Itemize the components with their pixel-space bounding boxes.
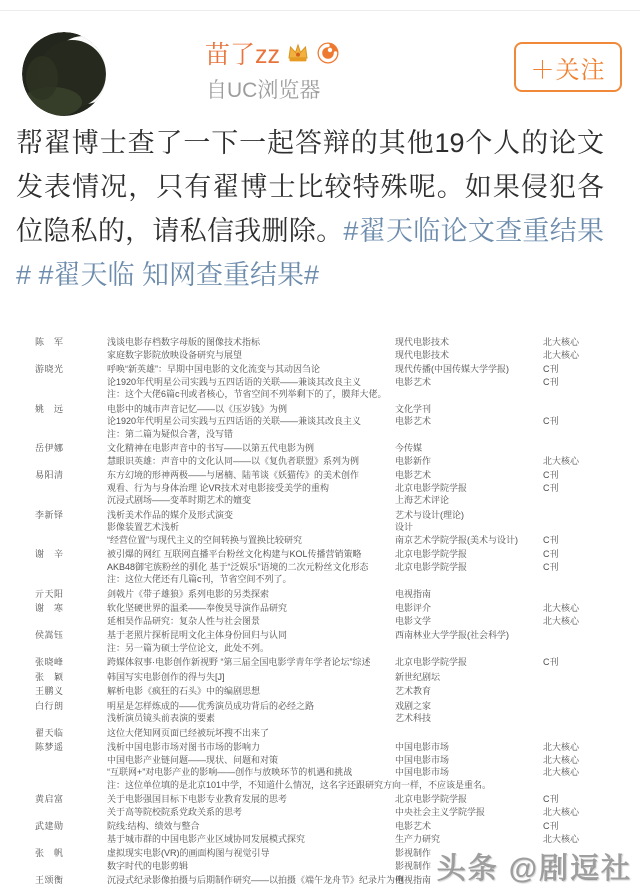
cell-name: 张 颖 bbox=[35, 671, 107, 684]
table-note-row: 注：这位单位填的是北京101中学，不知道什么情况，这名字还跟研究方向一样，不应该… bbox=[35, 779, 631, 792]
vip-badge-icon bbox=[316, 41, 340, 65]
cell-note: 注：这位单位填的是北京101中学，不知道什么情况，这名字还跟研究方向一样，不应该… bbox=[107, 779, 491, 792]
table-row: 李新铎浅析美术作品的媒介及形式演变艺术与设计(理论) bbox=[35, 509, 631, 522]
cell-title: “经营位置”与现代主义的空间转换与置换比较研究 bbox=[107, 534, 395, 547]
table-row: 张 颖韩国写实电影创作的得与失[J]新世纪剧坛 bbox=[35, 671, 631, 684]
crown-icon bbox=[286, 41, 310, 65]
cell-name: 张晓峰 bbox=[35, 656, 107, 669]
table-row: 慧眼识英雄：声音中的文化认同——以《复仇者联盟》系列为例电影新作北大核心 bbox=[35, 455, 631, 468]
cell-title: 论1920年代明星公司实践与五四话语的关联——兼谈其改良主义 bbox=[107, 376, 395, 389]
cell-title: 慧眼识英雄：声音中的文化认同——以《复仇者联盟》系列为例 bbox=[107, 455, 395, 468]
cell-core: 北大核心 bbox=[543, 766, 579, 779]
cell-title: AKB48御宅族粉丝的驯化 基于“泛娱乐”语境的二次元粉丝文化形态 bbox=[107, 561, 395, 574]
cell-journal: 电视指南 bbox=[395, 588, 543, 601]
cell-title: 中国电影产业链问题——现状、问题和对策 bbox=[107, 754, 395, 767]
cell-core: C刊 bbox=[543, 793, 559, 806]
table-note-row: 注：这位大佬还有几篇c刊，节省空间不列了。 bbox=[35, 573, 631, 586]
cell-title: 呼唤“新英雄”：早期中国电影的文化流变与其动因刍论 bbox=[107, 363, 395, 376]
cell-name: 岳伊娜 bbox=[35, 442, 107, 455]
weibo-post-screenshot: 苗了zz 自UC浏览器 ＋关注 帮翟博士查了一下一起答辩的其他19个人的论文发表… bbox=[0, 0, 640, 894]
table-row: 武建勋院线:结构、绩效与整合电影艺术C刊 bbox=[35, 820, 631, 833]
table-row: 黄启富关于电影强国目标下电影专业教育发展的思考北京电影学院学报C刊 bbox=[35, 793, 631, 806]
cell-journal: 现代电影技术 bbox=[395, 336, 543, 349]
cell-title: “互联网+”对电影产业的影响——创作与放映环节的机遇和挑战 bbox=[107, 766, 395, 779]
cell-title: 虚拟现实电影(VR)的画面构图与视觉引导 bbox=[107, 847, 395, 860]
cell-journal: 电影新作 bbox=[395, 455, 543, 468]
cell-name: 翟天临 bbox=[35, 727, 107, 740]
cell-name: 谢 寒 bbox=[35, 602, 107, 615]
table-row: 浅析演员镜头前表演的要素艺术科技 bbox=[35, 712, 631, 725]
cell-journal: 现代电影技术 bbox=[395, 349, 543, 362]
cell-name: 姚 远 bbox=[35, 403, 107, 416]
cell-journal: 今传媒 bbox=[395, 442, 543, 455]
cell-name: 游晓光 bbox=[35, 363, 107, 376]
cell-journal: 文化学刊 bbox=[395, 403, 543, 416]
username[interactable]: 苗了zz bbox=[205, 35, 280, 71]
cell-journal: 中央社会主义学院学报 bbox=[395, 806, 543, 819]
avatar[interactable] bbox=[22, 32, 106, 116]
table-row: 陈 军浅谈电影存档数字母版的图像技术指标现代电影技术北大核心 bbox=[35, 336, 631, 349]
table-row: 延相昊作品研究：复杂人性与社会图景电影文学北大核心 bbox=[35, 615, 631, 628]
cell-title: 沉浸式剧场——变革时期艺术的嬗变 bbox=[107, 494, 395, 507]
cell-core: C刊 bbox=[543, 656, 559, 669]
cell-journal: 北京电影学院学报 bbox=[395, 656, 543, 669]
table-row: 中国电影产业链问题——现状、问题和对策中国电影市场北大核心 bbox=[35, 754, 631, 767]
post-source: 自UC浏览器 bbox=[206, 74, 320, 104]
cell-title: 解析电影《疯狂的石头》中的编剧思想 bbox=[107, 685, 395, 698]
cell-title: 观看、行为与身体治理 论VR技术对电影接受美学的重构 bbox=[107, 482, 395, 495]
cell-core: 北大核心 bbox=[543, 806, 579, 819]
cell-title: 韩国写实电影创作的得与失[J] bbox=[107, 671, 395, 684]
cell-journal: 电影艺术 bbox=[395, 376, 543, 389]
table-row: 易阳清东方幻境的形神两极——与屠楠、陆苇谈《妖猫传》的美术创作电影艺术C刊 bbox=[35, 469, 631, 482]
thesis-table-image[interactable]: 陈 军浅谈电影存档数字母版的图像技术指标现代电影技术北大核心家庭数字影院放映设备… bbox=[35, 336, 631, 887]
cell-name: 李新铎 bbox=[35, 509, 107, 522]
cell-title: 延相昊作品研究：复杂人性与社会图景 bbox=[107, 615, 395, 628]
cell-title: 这位大佬知网页面已经被玩坏搜不出来了 bbox=[107, 727, 395, 740]
avatar-image bbox=[22, 32, 106, 116]
table-row: 沉浸式剧场——变革时期艺术的嬗变上海艺术评论 bbox=[35, 494, 631, 507]
cell-title: 东方幻境的形神两极——与屠楠、陆苇谈《妖猫传》的美术创作 bbox=[107, 469, 395, 482]
cell-name: 白行朗 bbox=[35, 700, 107, 713]
cell-core: C刊 bbox=[543, 469, 559, 482]
cell-title: 浅析美术作品的媒介及形式演变 bbox=[107, 509, 395, 522]
cell-title: 浅谈电影存档数字母版的图像技术指标 bbox=[107, 336, 395, 349]
table-row: “经营位置”与现代主义的空间转换与置换比较研究南京艺术学院学报(美术与设计)C刊 bbox=[35, 534, 631, 547]
table-row: 家庭数字影院放映设备研究与展望现代电影技术北大核心 bbox=[35, 349, 631, 362]
table-row: 论1920年代明星公司实践与五四话语的关联——兼谈其改良主义电影艺术C刊 bbox=[35, 415, 631, 428]
cell-journal: 北京电影学院学报 bbox=[395, 548, 543, 561]
cell-title: 剑戟片《带子雄狼》系列电影的另类探索 bbox=[107, 588, 395, 601]
table-row: 翟天临这位大佬知网页面已经被玩坏搜不出来了 bbox=[35, 727, 631, 740]
cell-note: 注：另一篇为硕士学位论文，此处不列。 bbox=[107, 642, 269, 655]
table-row: 张晓峰跨媒体叙事·电影创作新视野 “第三届全国电影学青年学者论坛”综述北京电影学… bbox=[35, 656, 631, 669]
cell-core: 北大核心 bbox=[543, 602, 579, 615]
cell-name: 亓天阳 bbox=[35, 588, 107, 601]
cell-name: 易阳清 bbox=[35, 469, 107, 482]
cell-journal: 设计 bbox=[395, 521, 543, 534]
table-row: 论1920年代明星公司实践与五四话语的关联——兼谈其改良主义电影艺术C刊 bbox=[35, 376, 631, 389]
table-row: 亓天阳剑戟片《带子雄狼》系列电影的另类探索电视指南 bbox=[35, 588, 631, 601]
cell-core: 北大核心 bbox=[543, 833, 579, 846]
post-text: 帮翟博士查了一下一起答辩的其他19个人的论文发表情况，只有翟博士比较特殊呢。如果… bbox=[16, 121, 604, 297]
hashtag-link[interactable]: #翟天临 知网查重结果# bbox=[39, 260, 320, 290]
table-row: 白行朗明星是怎样炼成的——优秀演员成功背后的必经之路戏剧之家 bbox=[35, 700, 631, 713]
cell-journal: 艺术教育 bbox=[395, 685, 543, 698]
table-row: AKB48御宅族粉丝的驯化 基于“泛娱乐”语境的二次元粉丝文化形态北京电影学院学… bbox=[35, 561, 631, 574]
table-row: “互联网+”对电影产业的影响——创作与放映环节的机遇和挑战中国电影市场北大核心 bbox=[35, 766, 631, 779]
cell-name: 黄启富 bbox=[35, 793, 107, 806]
cell-title: 基于城市群的中国电影产业区域协同发展模式探究 bbox=[107, 833, 395, 846]
cell-title: 家庭数字影院放映设备研究与展望 bbox=[107, 349, 395, 362]
cell-journal: 电影艺术 bbox=[395, 469, 543, 482]
cell-core: C刊 bbox=[543, 548, 559, 561]
top-divider bbox=[0, 10, 640, 11]
cell-title: 关于电影强国目标下电影专业教育发展的思考 bbox=[107, 793, 395, 806]
cell-journal: 现代传播(中国传媒大学学报) bbox=[395, 363, 543, 376]
cell-core: 北大核心 bbox=[543, 754, 579, 767]
cell-core: C刊 bbox=[543, 534, 559, 547]
cell-title: 院线:结构、绩效与整合 bbox=[107, 820, 395, 833]
cell-name: 谢 辛 bbox=[35, 548, 107, 561]
cell-title: 关于高等院校院系党政关系的思考 bbox=[107, 806, 395, 819]
cell-journal: 生产力研究 bbox=[395, 833, 543, 846]
cell-title: 电影中的城市声音记忆——以《压岁钱》为例 bbox=[107, 403, 395, 416]
cell-title: 浅析中国电影市场对图书市场的影响力 bbox=[107, 741, 395, 754]
cell-journal: 中国电影市场 bbox=[395, 741, 543, 754]
table-row: 游晓光呼唤“新英雄”：早期中国电影的文化流变与其动因刍论现代传播(中国传媒大学学… bbox=[35, 363, 631, 376]
table-row: 侯嵩钰基于老照片探析昆明文化主体身份回归与认同西南林业大学学报(社会科学) bbox=[35, 629, 631, 642]
table-row: 关于高等院校院系党政关系的思考中央社会主义学院学报北大核心 bbox=[35, 806, 631, 819]
cell-title: 文化精神在电影声音中的书写——以第五代电影为例 bbox=[107, 442, 395, 455]
cell-journal: 西南林业大学学报(社会科学) bbox=[395, 629, 543, 642]
cell-name: 张 帆 bbox=[35, 847, 107, 860]
cell-core: 北大核心 bbox=[543, 741, 579, 754]
cell-core: C刊 bbox=[543, 376, 559, 389]
cell-core: 北大核心 bbox=[543, 455, 579, 468]
cell-journal: 北京电影学院学报 bbox=[395, 793, 543, 806]
cell-title: 基于老照片探析昆明文化主体身份回归与认同 bbox=[107, 629, 395, 642]
cell-title: 被引爆的网红 互联网直播平台粉丝文化构建与KOL传播营销策略 bbox=[107, 548, 395, 561]
cell-core: 北大核心 bbox=[543, 615, 579, 628]
cell-name: 王鹏义 bbox=[35, 685, 107, 698]
table-note-row: 注：这个大佬6篇c刊或者核心，节省空间不列举剩下的了，膜拜大佬。 bbox=[35, 388, 631, 401]
cell-journal: 电影文学 bbox=[395, 615, 543, 628]
table-row: 陈梦遥浅析中国电影市场对图书市场的影响力中国电影市场北大核心 bbox=[35, 741, 631, 754]
cell-journal: 中国电影市场 bbox=[395, 766, 543, 779]
cell-title: 影像装置艺术浅析 bbox=[107, 521, 395, 534]
table-row: 观看、行为与身体治理 论VR技术对电影接受美学的重构北京电影学院学报C刊 bbox=[35, 482, 631, 495]
cell-title: 浅析演员镜头前表演的要素 bbox=[107, 712, 395, 725]
cell-core: C刊 bbox=[543, 820, 559, 833]
cell-journal: 艺术与设计(理论) bbox=[395, 509, 543, 522]
cell-name: 陈 军 bbox=[35, 336, 107, 349]
cell-title: 论1920年代明星公司实践与五四话语的关联——兼谈其改良主义 bbox=[107, 415, 395, 428]
cell-title: 明星是怎样炼成的——优秀演员成功背后的必经之路 bbox=[107, 700, 395, 713]
cell-core: C刊 bbox=[543, 415, 559, 428]
cell-name: 陈梦遥 bbox=[35, 741, 107, 754]
cell-core: C刊 bbox=[543, 561, 559, 574]
cell-name: 王颂衡 bbox=[35, 874, 107, 887]
cell-note: 注：第二篇为疑似合著，没写错 bbox=[107, 428, 233, 441]
cell-name: 侯嵩钰 bbox=[35, 629, 107, 642]
cell-journal: 电影评介 bbox=[395, 602, 543, 615]
cell-journal: 戏剧之家 bbox=[395, 700, 543, 713]
cell-title: 数字时代的电影剪辑 bbox=[107, 860, 395, 873]
cell-note: 注：这位大佬还有几篇c刊，节省空间不列了。 bbox=[107, 573, 292, 586]
table-row: 王鹏义解析电影《疯狂的石头》中的编剧思想艺术教育 bbox=[35, 685, 631, 698]
cell-core: C刊 bbox=[543, 363, 559, 376]
cell-title: 软化坚硬世界的温柔——奉俊昊导演作品研究 bbox=[107, 602, 395, 615]
cell-journal: 电影艺术 bbox=[395, 415, 543, 428]
cell-name: 武建勋 bbox=[35, 820, 107, 833]
table-note-row: 注：第二篇为疑似合著，没写错 bbox=[35, 428, 631, 441]
table-row: 姚 远电影中的城市声音记忆——以《压岁钱》为例文化学刊 bbox=[35, 403, 631, 416]
cell-journal: 艺术科技 bbox=[395, 712, 543, 725]
cell-core: C刊 bbox=[543, 482, 559, 495]
table-row: 谢 辛被引爆的网红 互联网直播平台粉丝文化构建与KOL传播营销策略北京电影学院学… bbox=[35, 548, 631, 561]
table-note-row: 注：另一篇为硕士学位论文，此处不列。 bbox=[35, 642, 631, 655]
cell-title: 沉浸式纪录影像拍摄与后期制作研究——以拍摄《端午龙舟节》纪录片为例 bbox=[107, 874, 395, 887]
cell-title: 跨媒体叙事·电影创作新视野 “第三届全国电影学青年学者论坛”综述 bbox=[107, 656, 395, 669]
post-header: 苗了zz bbox=[205, 38, 340, 68]
cell-journal: 北京电影学院学报 bbox=[395, 561, 543, 574]
cell-journal: 南京艺术学院学报(美术与设计) bbox=[395, 534, 543, 547]
table-row: 岳伊娜文化精神在电影声音中的书写——以第五代电影为例今传媒 bbox=[35, 442, 631, 455]
table-row: 影像装置艺术浅析设计 bbox=[35, 521, 631, 534]
table-row: 谢 寒软化坚硬世界的温柔——奉俊昊导演作品研究电影评介北大核心 bbox=[35, 602, 631, 615]
cell-journal: 上海艺术评论 bbox=[395, 494, 543, 507]
cell-journal: 电影艺术 bbox=[395, 820, 543, 833]
table-row: 基于城市群的中国电影产业区域协同发展模式探究生产力研究北大核心 bbox=[35, 833, 631, 846]
cell-journal: 新世纪剧坛 bbox=[395, 671, 543, 684]
cell-note: 注：这个大佬6篇c刊或者核心，节省空间不列举剩下的了，膜拜大佬。 bbox=[107, 388, 387, 401]
cell-journal: 中国电影市场 bbox=[395, 754, 543, 767]
cell-core: 北大核心 bbox=[543, 349, 579, 362]
cell-journal: 北京电影学院学报 bbox=[395, 482, 543, 495]
cell-core: 北大核心 bbox=[543, 336, 579, 349]
follow-button[interactable]: ＋关注 bbox=[514, 42, 622, 92]
watermark: 头条 @剧逗社 bbox=[437, 846, 632, 887]
